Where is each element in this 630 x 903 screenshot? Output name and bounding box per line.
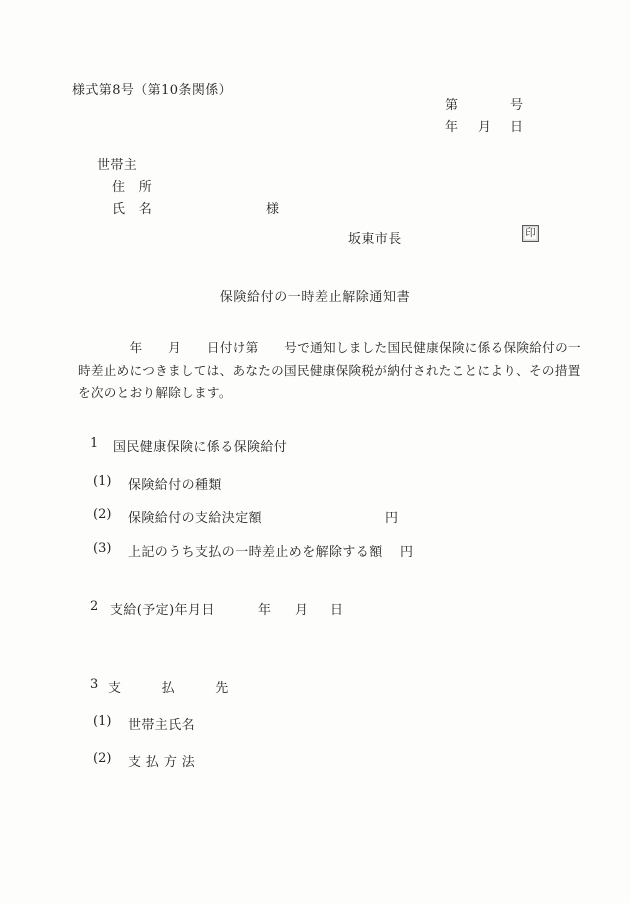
- section-2-number: 2: [90, 599, 98, 614]
- section-2-title: 支給(予定)年月日: [110, 599, 215, 618]
- mayor-title: 坂東市長: [348, 228, 402, 247]
- doc-number-suffix: 号: [510, 94, 523, 113]
- document-page: 様式第8号（第10条関係） 第 号 年 月 日 世帯主 住 所 氏 名 様 坂東…: [0, 0, 630, 903]
- item-label: 保険給付の支給決定額: [128, 507, 262, 526]
- honorific-label: 様: [266, 198, 279, 217]
- section-3-number: 3: [90, 677, 98, 692]
- form-number: 様式第8号（第10条関係）: [72, 79, 232, 98]
- date-day-label: 日: [510, 116, 523, 135]
- doc-number-prefix: 第: [445, 94, 458, 113]
- payment-month-label: 月: [295, 599, 308, 618]
- item-label: 世帯主氏名: [128, 714, 195, 733]
- section-1-title: 国民健康保険に係る保険給付: [113, 436, 287, 455]
- item-number: (3): [93, 541, 111, 556]
- section-1-number: 1: [90, 436, 98, 451]
- item-number: (1): [93, 714, 111, 729]
- currency-unit-label: 円: [385, 507, 398, 526]
- item-label: 支 払 方 法: [128, 751, 195, 770]
- address-label: 住 所: [112, 176, 152, 195]
- householder-label: 世帯主: [97, 154, 137, 173]
- payment-day-label: 日: [330, 599, 343, 618]
- item-label: 上記のうち支払の一時差止めを解除する額: [128, 541, 383, 560]
- item-label: 保険給付の種類: [128, 474, 222, 493]
- item-number: (1): [93, 474, 111, 489]
- item-number: (2): [93, 507, 111, 522]
- body-line: 年 月 日付け第 号で通知しました国民健康保険に係る保険給付の一: [78, 337, 618, 360]
- body-line: を次のとおり解除します。: [78, 382, 618, 405]
- section-3-title: 支 払 先: [108, 677, 229, 696]
- document-title: 保険給付の一時差止解除通知書: [0, 286, 630, 305]
- body-line: 時差止めにつきましては、あなたの国民健康保険税が納付されたことにより、その措置: [78, 360, 618, 383]
- currency-unit-label: 円: [400, 541, 413, 560]
- body-paragraph: 年 月 日付け第 号で通知しました国民健康保険に係る保険給付の一 時差止めにつき…: [78, 337, 618, 405]
- date-month-label: 月: [478, 116, 491, 135]
- name-label: 氏 名: [112, 198, 152, 217]
- seal-icon: 印: [522, 225, 539, 242]
- date-year-label: 年: [445, 116, 458, 135]
- payment-year-label: 年: [258, 599, 271, 618]
- item-number: (2): [93, 751, 111, 766]
